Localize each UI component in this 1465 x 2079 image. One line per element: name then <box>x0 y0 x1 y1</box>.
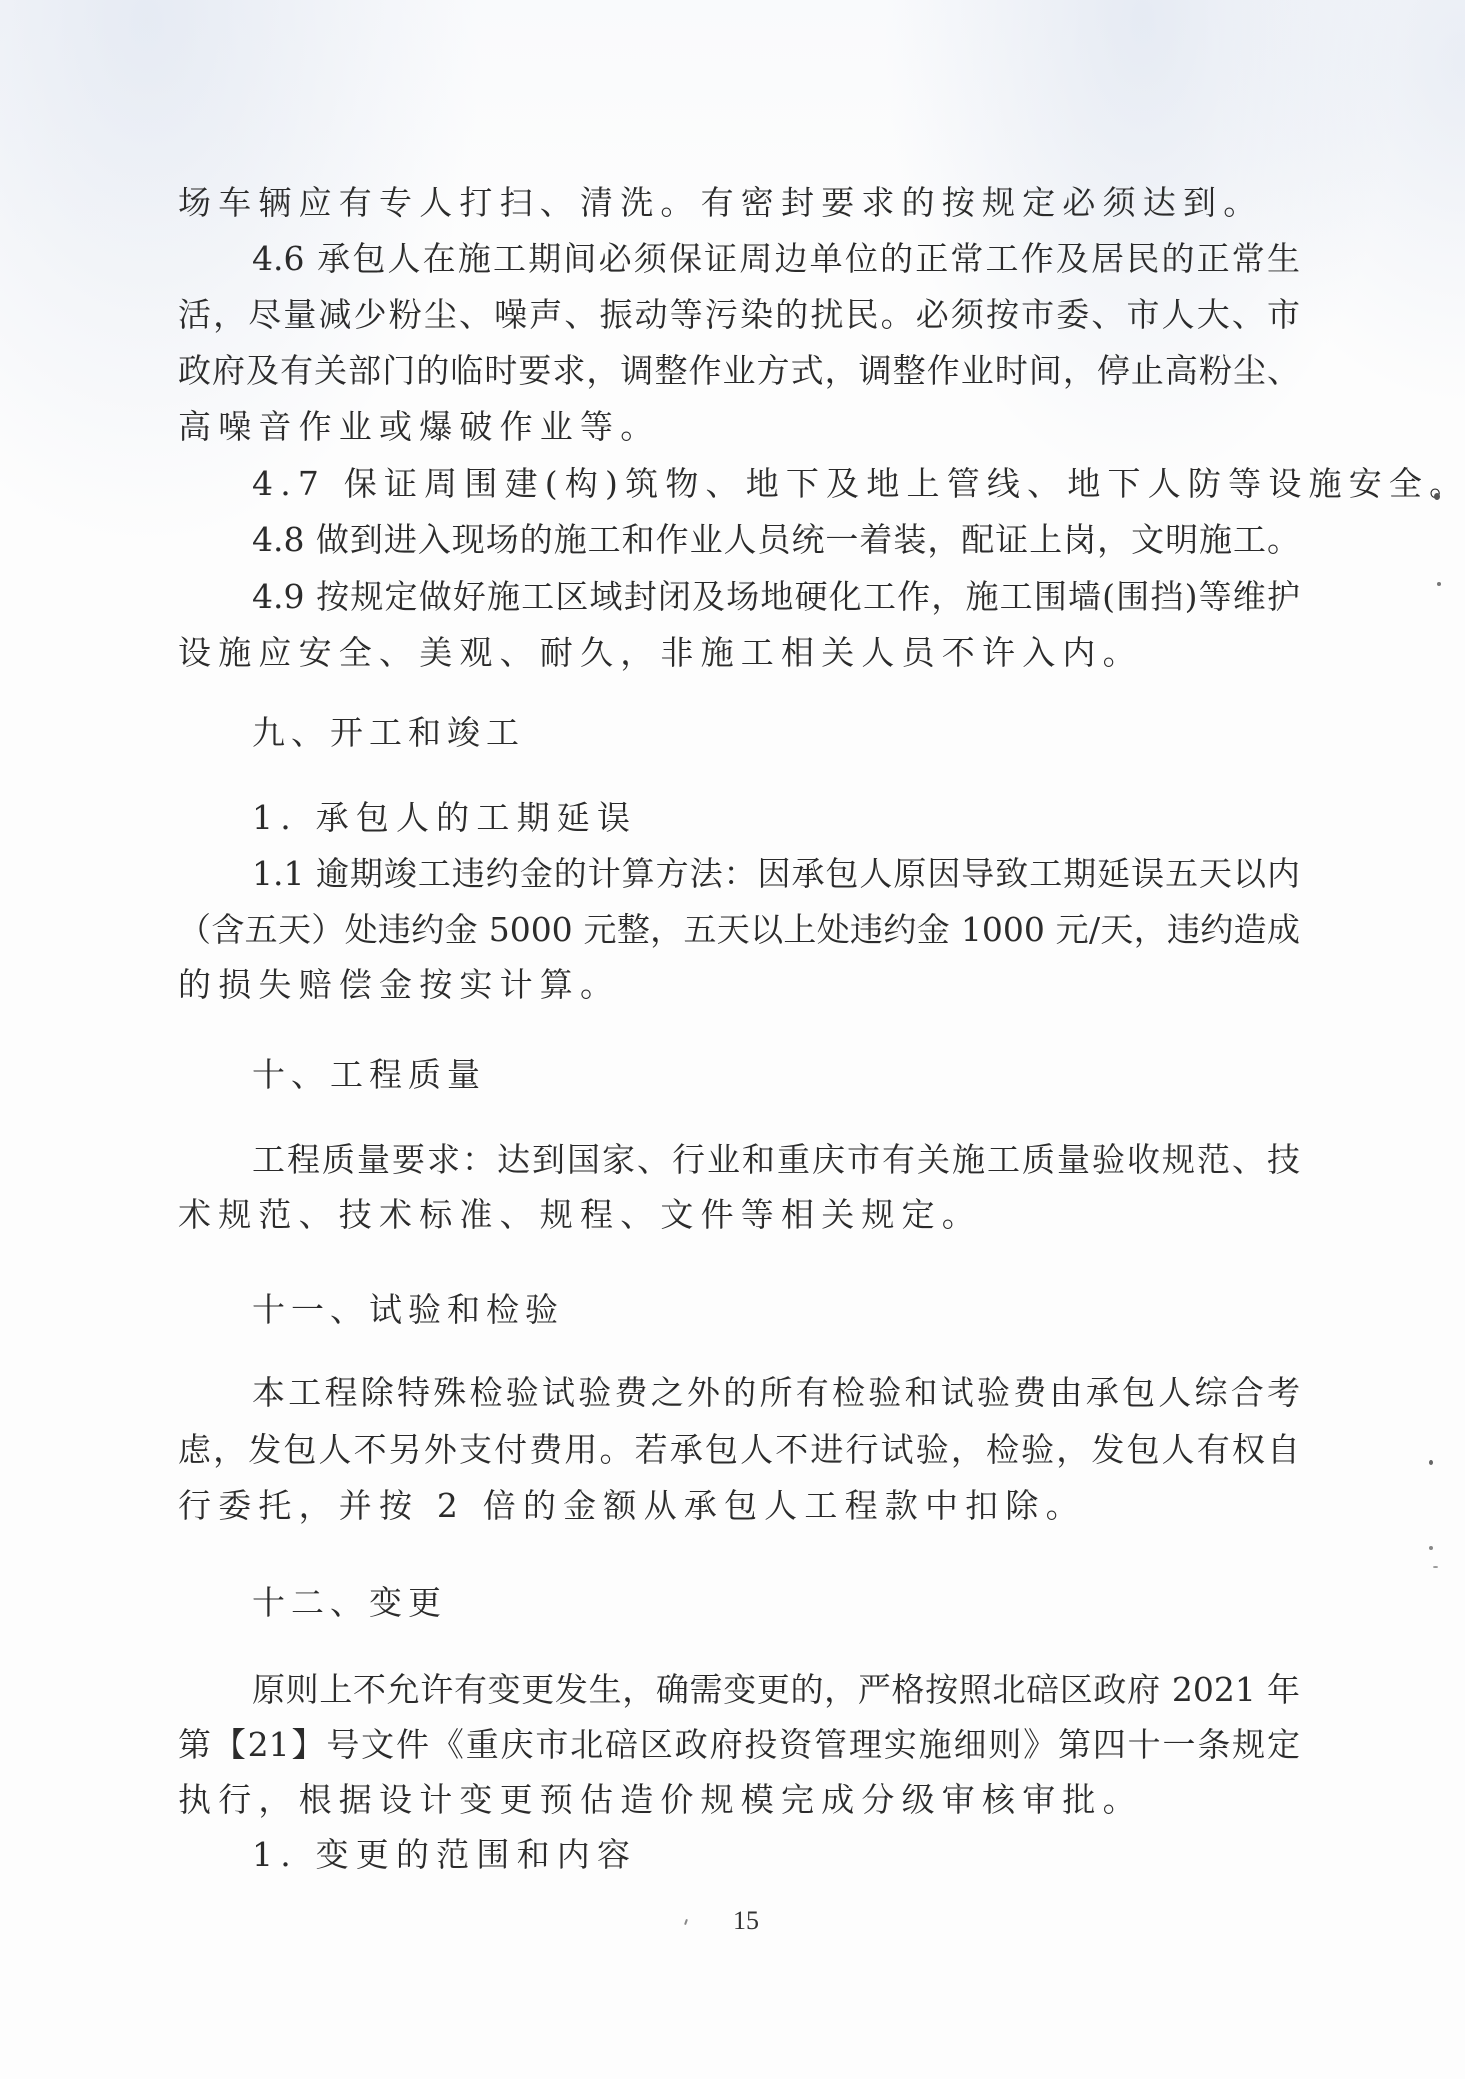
text-line: 的损失赔偿金按实计算。 <box>178 963 1300 1007</box>
text-line: 行委托，并按 2 倍的金额从承包人工程款中扣除。 <box>178 1484 1300 1528</box>
scan-speck <box>1429 1460 1433 1465</box>
text-line: 原则上不允许有变更发生，确需变更的，严格按照北碚区政府 2021 年 <box>252 1668 1300 1712</box>
text-line: （含五天）处违约金 5000 元整，五天以上处违约金 1000 元/天，违约造成 <box>178 908 1300 952</box>
text-line: 4.9 按规定做好施工区域封闭及场地硬化工作，施工围墙(围挡)等维护 <box>252 575 1300 619</box>
text-line: 4.6 承包人在施工期间必须保证周边单位的正常工作及居民的正常生 <box>252 237 1300 281</box>
text-line: 本工程除特殊检验试验费之外的所有检验和试验费由承包人综合考 <box>252 1371 1300 1415</box>
text-line: 执行，根据设计变更预估造价规模完成分级审核审批。 <box>178 1778 1300 1822</box>
scan-speck <box>1433 1566 1438 1568</box>
text-line: 场车辆应有专人打扫、清洗。有密封要求的按规定必须达到。 <box>178 181 1300 225</box>
text-line: 工程质量要求：达到国家、行业和重庆市有关施工质量验收规范、技 <box>252 1138 1300 1182</box>
section-heading: 十二、变更 <box>252 1581 1300 1625</box>
text-line: 1. 承包人的工期延误 <box>252 796 1300 840</box>
text-line: 1.1 逾期竣工违约金的计算方法：因承包人原因导致工期延误五天以内 <box>252 852 1300 896</box>
text-line: 虑，发包人不另外支付费用。若承包人不进行试验，检验，发包人有权自 <box>178 1428 1300 1472</box>
text-line: 设施应安全、美观、耐久，非施工相关人员不许入内。 <box>178 631 1300 675</box>
text-line: 第【21】号文件《重庆市北碚区政府投资管理实施细则》第四十一条规定 <box>178 1723 1300 1767</box>
section-heading: 十、工程质量 <box>252 1053 1300 1097</box>
text-line: 术规范、技术标准、规程、文件等相关规定。 <box>178 1193 1300 1237</box>
text-line: 活，尽量减少粉尘、噪声、振动等污染的扰民。必须按市委、市人大、市 <box>178 293 1300 337</box>
scan-speck <box>1437 582 1441 586</box>
text-line: 高噪音作业或爆破作业等。 <box>178 405 1300 449</box>
section-heading: 九、开工和竣工 <box>252 711 1300 755</box>
scan-speck <box>1434 493 1440 500</box>
text-line: 4.8 做到进入现场的施工和作业人员统一着装，配证上岗，文明施工。 <box>252 518 1300 562</box>
page-number: 15 <box>733 1906 759 1936</box>
text-line: 1. 变更的范围和内容 <box>252 1833 1300 1877</box>
section-heading: 十一、试验和检验 <box>252 1288 1300 1332</box>
scan-speck <box>684 1919 688 1925</box>
scan-speck <box>1429 1546 1433 1550</box>
text-line: 4.7 保证周围建(构)筑物、地下及地上管线、地下人防等设施安全。 <box>252 462 1300 506</box>
text-line: 政府及有关部门的临时要求，调整作业方式，调整作业时间，停止高粉尘、 <box>178 349 1300 393</box>
